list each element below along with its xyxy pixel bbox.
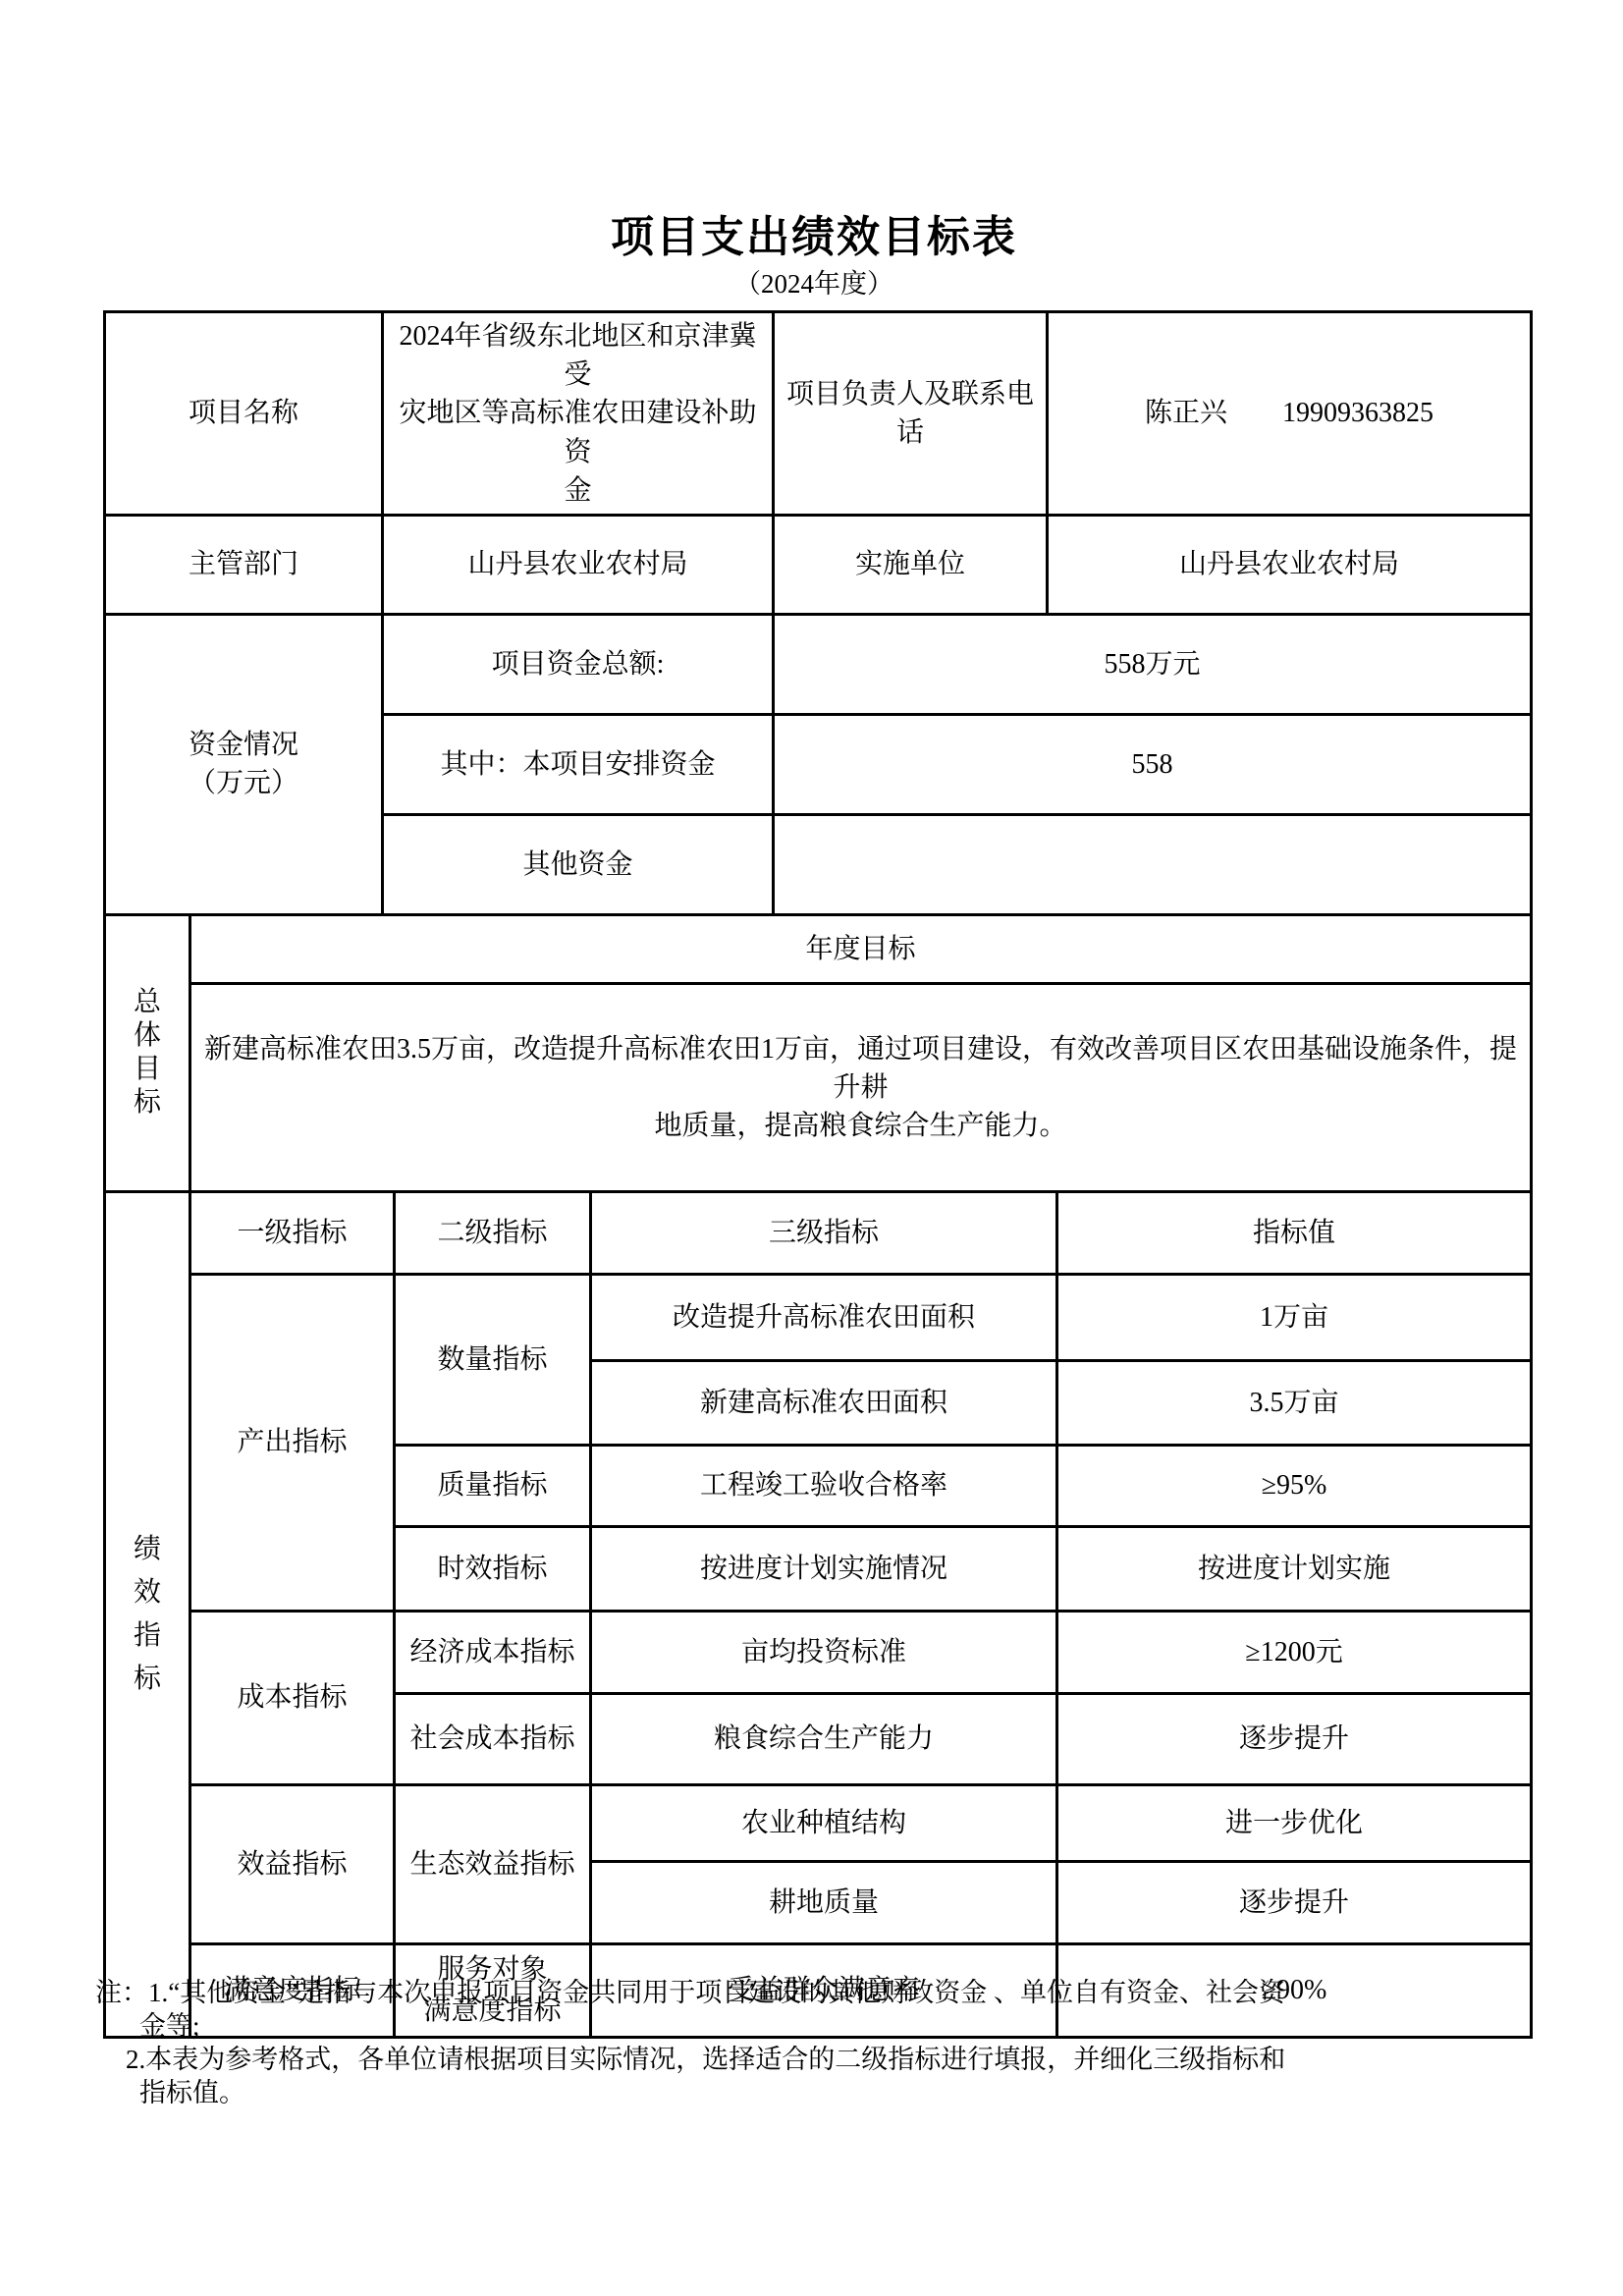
impl-unit-value: 山丹县农业农村局 bbox=[1048, 515, 1532, 614]
funding-total-value: 558万元 bbox=[774, 614, 1532, 714]
table-row: 效益指标 生态效益指标 农业种植结构 进一步优化 bbox=[105, 1784, 1532, 1861]
table-row: 资金情况 （万元） 项目资金总额: 558万元 bbox=[105, 614, 1532, 714]
page-title: 项目支出绩效目标表 bbox=[98, 214, 1530, 261]
perf-l3-planting-structure: 农业种植结构 bbox=[591, 1784, 1057, 1861]
table-row: 成本指标 经济成本指标 亩均投资标准 ≥1200元 bbox=[105, 1611, 1532, 1693]
perf-l2-quantity: 数量指标 bbox=[395, 1274, 591, 1445]
project-name-value: 2024年省级东北地区和京津冀受 灾地区等高标准农田建设补助资 金 bbox=[383, 312, 774, 516]
funding-section-label: 资金情况 （万元） bbox=[105, 614, 383, 914]
funding-total-label: 项目资金总额: bbox=[383, 614, 774, 714]
perf-l2-social-cost: 社会成本指标 bbox=[395, 1693, 591, 1784]
perf-header-level3: 三级指标 bbox=[591, 1191, 1057, 1274]
perf-l1-cost: 成本指标 bbox=[190, 1611, 395, 1784]
table-row: 绩效指标 一级指标 二级指标 三级指标 指标值 bbox=[105, 1191, 1532, 1274]
annual-goal-header: 年度目标 bbox=[190, 914, 1532, 983]
funding-this-project-value: 558 bbox=[774, 714, 1532, 814]
perf-l3-schedule: 按进度计划实施情况 bbox=[591, 1526, 1057, 1611]
perf-value-soil-quality: 逐步提升 bbox=[1057, 1861, 1532, 1943]
perf-l3-new-area: 新建高标准农田面积 bbox=[591, 1360, 1057, 1445]
footnote-line-2: 金等; bbox=[139, 2009, 1391, 2043]
perf-l1-output: 产出指标 bbox=[190, 1274, 395, 1611]
dept-label: 主管部门 bbox=[105, 515, 383, 614]
dept-value: 山丹县农业农村局 bbox=[383, 515, 774, 614]
footnote-line-3: 2.本表为参考格式，各单位请根据项目实际情况，选择适合的二级指标进行填报，并细化… bbox=[126, 2043, 1391, 2076]
perf-section-label: 绩效指标 bbox=[105, 1191, 190, 2037]
funding-this-project-label: 其中：本项目安排资金 bbox=[383, 714, 774, 814]
overall-goal-vertical-text: 总体目标 bbox=[132, 986, 163, 1120]
perf-value-grain-capacity: 逐步提升 bbox=[1057, 1693, 1532, 1784]
overall-goal-section-label: 总体目标 bbox=[105, 914, 190, 1191]
table-row: 产出指标 数量指标 改造提升高标准农田面积 1万亩 bbox=[105, 1274, 1532, 1360]
annual-goal-content: 新建高标准农田3.5万亩，改造提升高标准农田1万亩，通过项目建设，有效改善项目区… bbox=[190, 983, 1532, 1191]
perf-value-upgrade-area: 1万亩 bbox=[1057, 1274, 1532, 1360]
perf-l1-benefit: 效益指标 bbox=[190, 1784, 395, 1943]
perf-value-acceptance-rate: ≥95% bbox=[1057, 1445, 1532, 1526]
document-heading: 项目支出绩效目标表 （2024年度） bbox=[98, 214, 1530, 300]
table-row: 项目名称 2024年省级东北地区和京津冀受 灾地区等高标准农田建设补助资 金 项… bbox=[105, 312, 1532, 516]
perf-l2-economic-cost: 经济成本指标 bbox=[395, 1611, 591, 1693]
funding-other-value bbox=[774, 814, 1532, 914]
perf-value-schedule: 按进度计划实施 bbox=[1057, 1526, 1532, 1611]
table-row: 新建高标准农田3.5万亩，改造提升高标准农田1万亩，通过项目建设，有效改善项目区… bbox=[105, 983, 1532, 1191]
perf-l3-grain-capacity: 粮食综合生产能力 bbox=[591, 1693, 1057, 1784]
perf-vertical-text: 绩效指标 bbox=[132, 1528, 163, 1701]
perf-header-level1: 一级指标 bbox=[190, 1191, 395, 1274]
impl-unit-label: 实施单位 bbox=[774, 515, 1048, 614]
funding-other-label: 其他资金 bbox=[383, 814, 774, 914]
perf-value-new-area: 3.5万亩 bbox=[1057, 1360, 1532, 1445]
perf-l3-upgrade-area: 改造提升高标准农田面积 bbox=[591, 1274, 1057, 1360]
perf-header-level2: 二级指标 bbox=[395, 1191, 591, 1274]
perf-l2-timeliness: 时效指标 bbox=[395, 1526, 591, 1611]
perf-value-investment: ≥1200元 bbox=[1057, 1611, 1532, 1693]
perf-l2-eco-benefit: 生态效益指标 bbox=[395, 1784, 591, 1943]
footnotes: 注：1.“其他资金”是指与本次申报项目资金共同用于项目建设的其他财政资金 、单位… bbox=[95, 1976, 1391, 2109]
leader-label: 项目负责人及联系电话 bbox=[774, 312, 1048, 516]
footnote-line-4: 指标值。 bbox=[139, 2076, 1391, 2109]
perf-l2-quality: 质量指标 bbox=[395, 1445, 591, 1526]
performance-target-table: 项目名称 2024年省级东北地区和京津冀受 灾地区等高标准农田建设补助资 金 项… bbox=[103, 310, 1533, 2039]
perf-l3-acceptance-rate: 工程竣工验收合格率 bbox=[591, 1445, 1057, 1526]
table-row: 总体目标 年度目标 bbox=[105, 914, 1532, 983]
page-subtitle: （2024年度） bbox=[98, 270, 1530, 300]
perf-l3-soil-quality: 耕地质量 bbox=[591, 1861, 1057, 1943]
leader-value: 陈正兴 19909363825 bbox=[1048, 312, 1532, 516]
document-page: 项目支出绩效目标表 （2024年度） 项目名称 2024年省级东北地区和京津冀受… bbox=[0, 0, 1623, 2296]
project-name-label: 项目名称 bbox=[105, 312, 383, 516]
footnote-line-1: 注：1.“其他资金”是指与本次申报项目资金共同用于项目建设的其他财政资金 、单位… bbox=[95, 1976, 1391, 2009]
perf-header-value: 指标值 bbox=[1057, 1191, 1532, 1274]
perf-value-planting-structure: 进一步优化 bbox=[1057, 1784, 1532, 1861]
table-row: 主管部门 山丹县农业农村局 实施单位 山丹县农业农村局 bbox=[105, 515, 1532, 614]
perf-l3-investment: 亩均投资标准 bbox=[591, 1611, 1057, 1693]
